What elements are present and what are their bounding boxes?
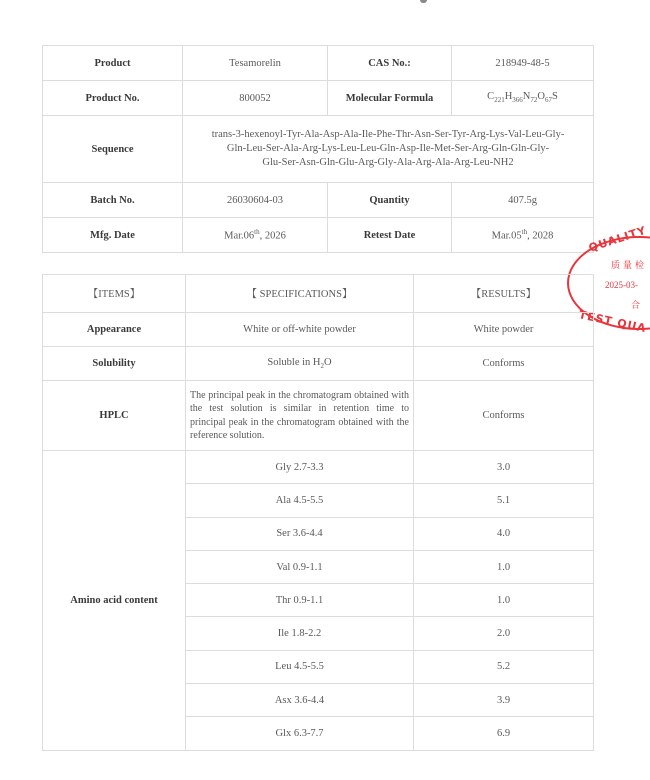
batch-label: Batch No. xyxy=(43,183,183,218)
amino-acid-spec: Thr 0.9-1.1 xyxy=(186,584,414,617)
appearance-result: White powder xyxy=(414,313,594,347)
formula-label: Molecular Formula xyxy=(328,81,452,116)
cas-label: CAS No.: xyxy=(328,46,452,81)
retest-date-label: Retest Date xyxy=(328,218,452,253)
product-row: Product Tesamorelin CAS No.: 218949-48-5 xyxy=(43,46,594,81)
amino-acid-spec: Leu 4.5-5.5 xyxy=(186,650,414,683)
header-row: 【ITEMS】 【 SPECIFICATIONS】 【RESULTS】 xyxy=(43,275,594,313)
cas-value: 218949-48-5 xyxy=(452,46,594,81)
solubility-row: Solubility Soluble in H2O Conforms xyxy=(43,347,594,381)
results-header: 【RESULTS】 xyxy=(414,275,594,313)
quantity-label: Quantity xyxy=(328,183,452,218)
specifications-header: 【 SPECIFICATIONS】 xyxy=(186,275,414,313)
product-no-label: Product No. xyxy=(43,81,183,116)
hplc-label: HPLC xyxy=(43,381,186,451)
solubility-result: Conforms xyxy=(414,347,594,381)
mfg-date-label: Mfg. Date xyxy=(43,218,183,253)
product-no-value: 800052 xyxy=(183,81,328,116)
amino-acid-spec: Glx 6.3-7.7 xyxy=(186,717,414,750)
sequence-label: Sequence xyxy=(43,116,183,183)
batch-row: Batch No. 26030604-03 Quantity 407.5g xyxy=(43,183,594,218)
sequence-line: trans-3-hexenoyl-Tyr-Ala-Asp-Ala-Ile-Phe… xyxy=(189,128,587,142)
test-results-table: 【ITEMS】 【 SPECIFICATIONS】 【RESULTS】 Appe… xyxy=(42,274,594,751)
amino-acid-result: 2.0 xyxy=(414,617,594,650)
stamp-cn-bottom: 合 xyxy=(631,298,640,311)
formula-value: C221H366N72O67S xyxy=(452,81,594,116)
product-no-row: Product No. 800052 Molecular Formula C22… xyxy=(43,81,594,116)
sequence-value: trans-3-hexenoyl-Tyr-Ala-Asp-Ala-Ile-Phe… xyxy=(183,116,594,183)
retest-date-value: Mar.05th, 2028 xyxy=(452,218,594,253)
amino-acid-label: Amino acid content xyxy=(43,451,186,751)
quantity-value: 407.5g xyxy=(452,183,594,218)
product-info-table: Product Tesamorelin CAS No.: 218949-48-5… xyxy=(42,45,594,253)
items-header: 【ITEMS】 xyxy=(43,275,186,313)
amino-acid-result: 1.0 xyxy=(414,584,594,617)
amino-acid-result: 5.1 xyxy=(414,484,594,517)
amino-acid-row: Amino acid content Gly 2.7-3.3 3.0 xyxy=(43,451,594,484)
amino-acid-spec: Val 0.9-1.1 xyxy=(186,550,414,583)
amino-acid-result: 1.0 xyxy=(414,550,594,583)
amino-acid-spec: Ser 3.6-4.4 xyxy=(186,517,414,550)
appearance-label: Appearance xyxy=(43,313,186,347)
mfg-date-value: Mar.06th, 2026 xyxy=(183,218,328,253)
amino-acid-spec: Ile 1.8-2.2 xyxy=(186,617,414,650)
sequence-line: Glu-Ser-Asn-Gln-Glu-Arg-Gly-Ala-Arg-Ala-… xyxy=(189,156,587,170)
appearance-spec: White or off-white powder xyxy=(186,313,414,347)
amino-acid-spec: Ala 4.5-5.5 xyxy=(186,484,414,517)
sequence-line: Gln-Leu-Ser-Ala-Arg-Lys-Leu-Leu-Gln-Asp-… xyxy=(189,142,587,156)
amino-acid-result: 3.0 xyxy=(414,451,594,484)
amino-acid-spec: Asx 3.6-4.4 xyxy=(186,684,414,717)
sequence-row: Sequence trans-3-hexenoyl-Tyr-Ala-Asp-Al… xyxy=(43,116,594,183)
product-value: Tesamorelin xyxy=(183,46,328,81)
hplc-row: HPLC The principal peak in the chromatog… xyxy=(43,381,594,451)
date-row: Mfg. Date Mar.06th, 2026 Retest Date Mar… xyxy=(43,218,594,253)
stamp-date: 2025-03- xyxy=(605,280,638,290)
hplc-result: Conforms xyxy=(414,381,594,451)
amino-acid-result: 6.9 xyxy=(414,717,594,750)
amino-acid-result: 5.2 xyxy=(414,650,594,683)
hplc-spec: The principal peak in the chromatogram o… xyxy=(186,381,414,451)
stamp-cn-top: 质量检 xyxy=(611,258,647,271)
amino-acid-spec: Gly 2.7-3.3 xyxy=(186,451,414,484)
batch-value: 26030604-03 xyxy=(183,183,328,218)
product-label: Product xyxy=(43,46,183,81)
stamp-top-text: QUALITY xyxy=(587,224,648,255)
amino-acid-result: 4.0 xyxy=(414,517,594,550)
appearance-row: Appearance White or off-white powder Whi… xyxy=(43,313,594,347)
page-header-fragment xyxy=(420,0,427,3)
solubility-spec: Soluble in H2O xyxy=(186,347,414,381)
solubility-label: Solubility xyxy=(43,347,186,381)
amino-acid-result: 3.9 xyxy=(414,684,594,717)
